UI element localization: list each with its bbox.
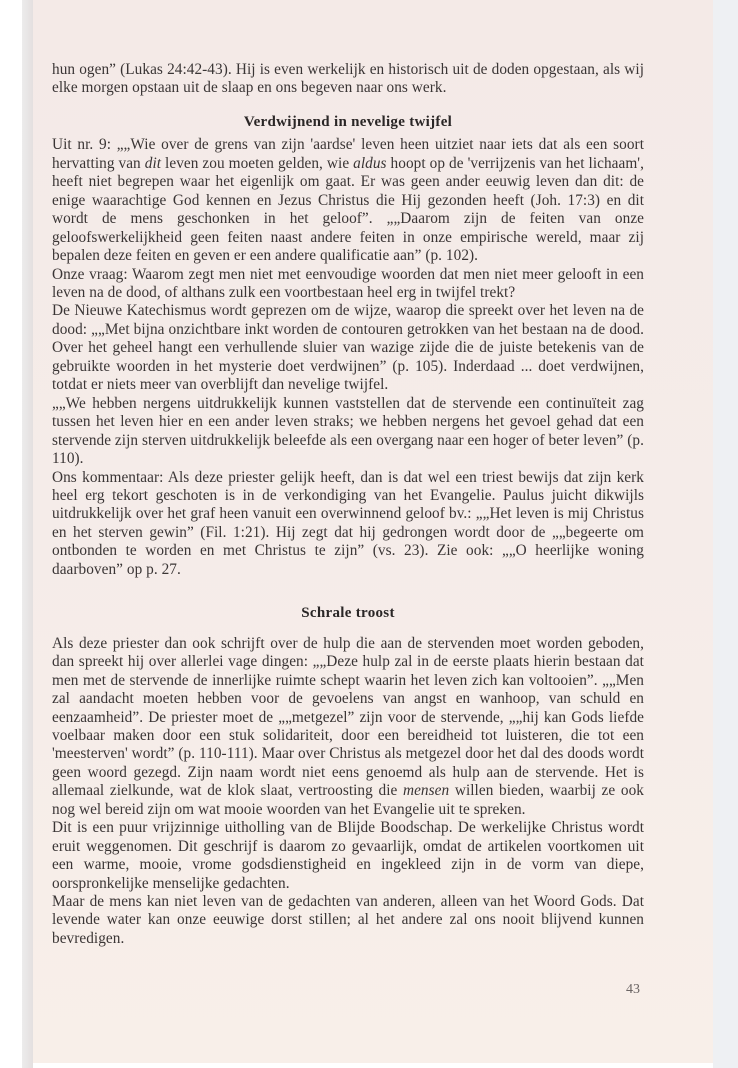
section-heading-schrale-troost: Schrale troost [52,604,644,622]
paragraph-kommentaar: Ons kommentaar: Als deze priester gelijk… [52,469,644,580]
paragraph-quote-p110: „„We hebben nergens uitdrukkelijk kunnen… [52,395,644,469]
paragraph-woord-gods: Maar de mens kan niet leven van de gedac… [52,893,644,948]
page-number: 43 [626,982,640,998]
section-heading-verdwijnend: Verdwijnend in nevelige twijfel [52,113,644,131]
paragraph-intro: hun ogen” (Lukas 24:42-43). Hij is even … [52,61,644,98]
paragraph-uitholling: Dit is een puur vrijzinnige uitholling v… [52,819,644,893]
text-column: hun ogen” (Lukas 24:42-43). Hij is even … [52,61,644,948]
paragraph-katechismus: De Nieuwe Katechismus wordt geprezen om … [52,302,644,394]
paragraph-onze-vraag: Onze vraag: Waarom zegt men niet met een… [52,266,644,303]
scan-edge [22,0,33,1068]
scan-background [713,0,738,1068]
paragraph-hulp-stervenden: Als deze priester dan ook schrijft over … [52,635,644,820]
paragraph-quote-nr9: Uit nr. 9: „„Wie over de grens van zijn … [52,136,644,265]
book-page: hun ogen” (Lukas 24:42-43). Hij is even … [33,0,713,1063]
